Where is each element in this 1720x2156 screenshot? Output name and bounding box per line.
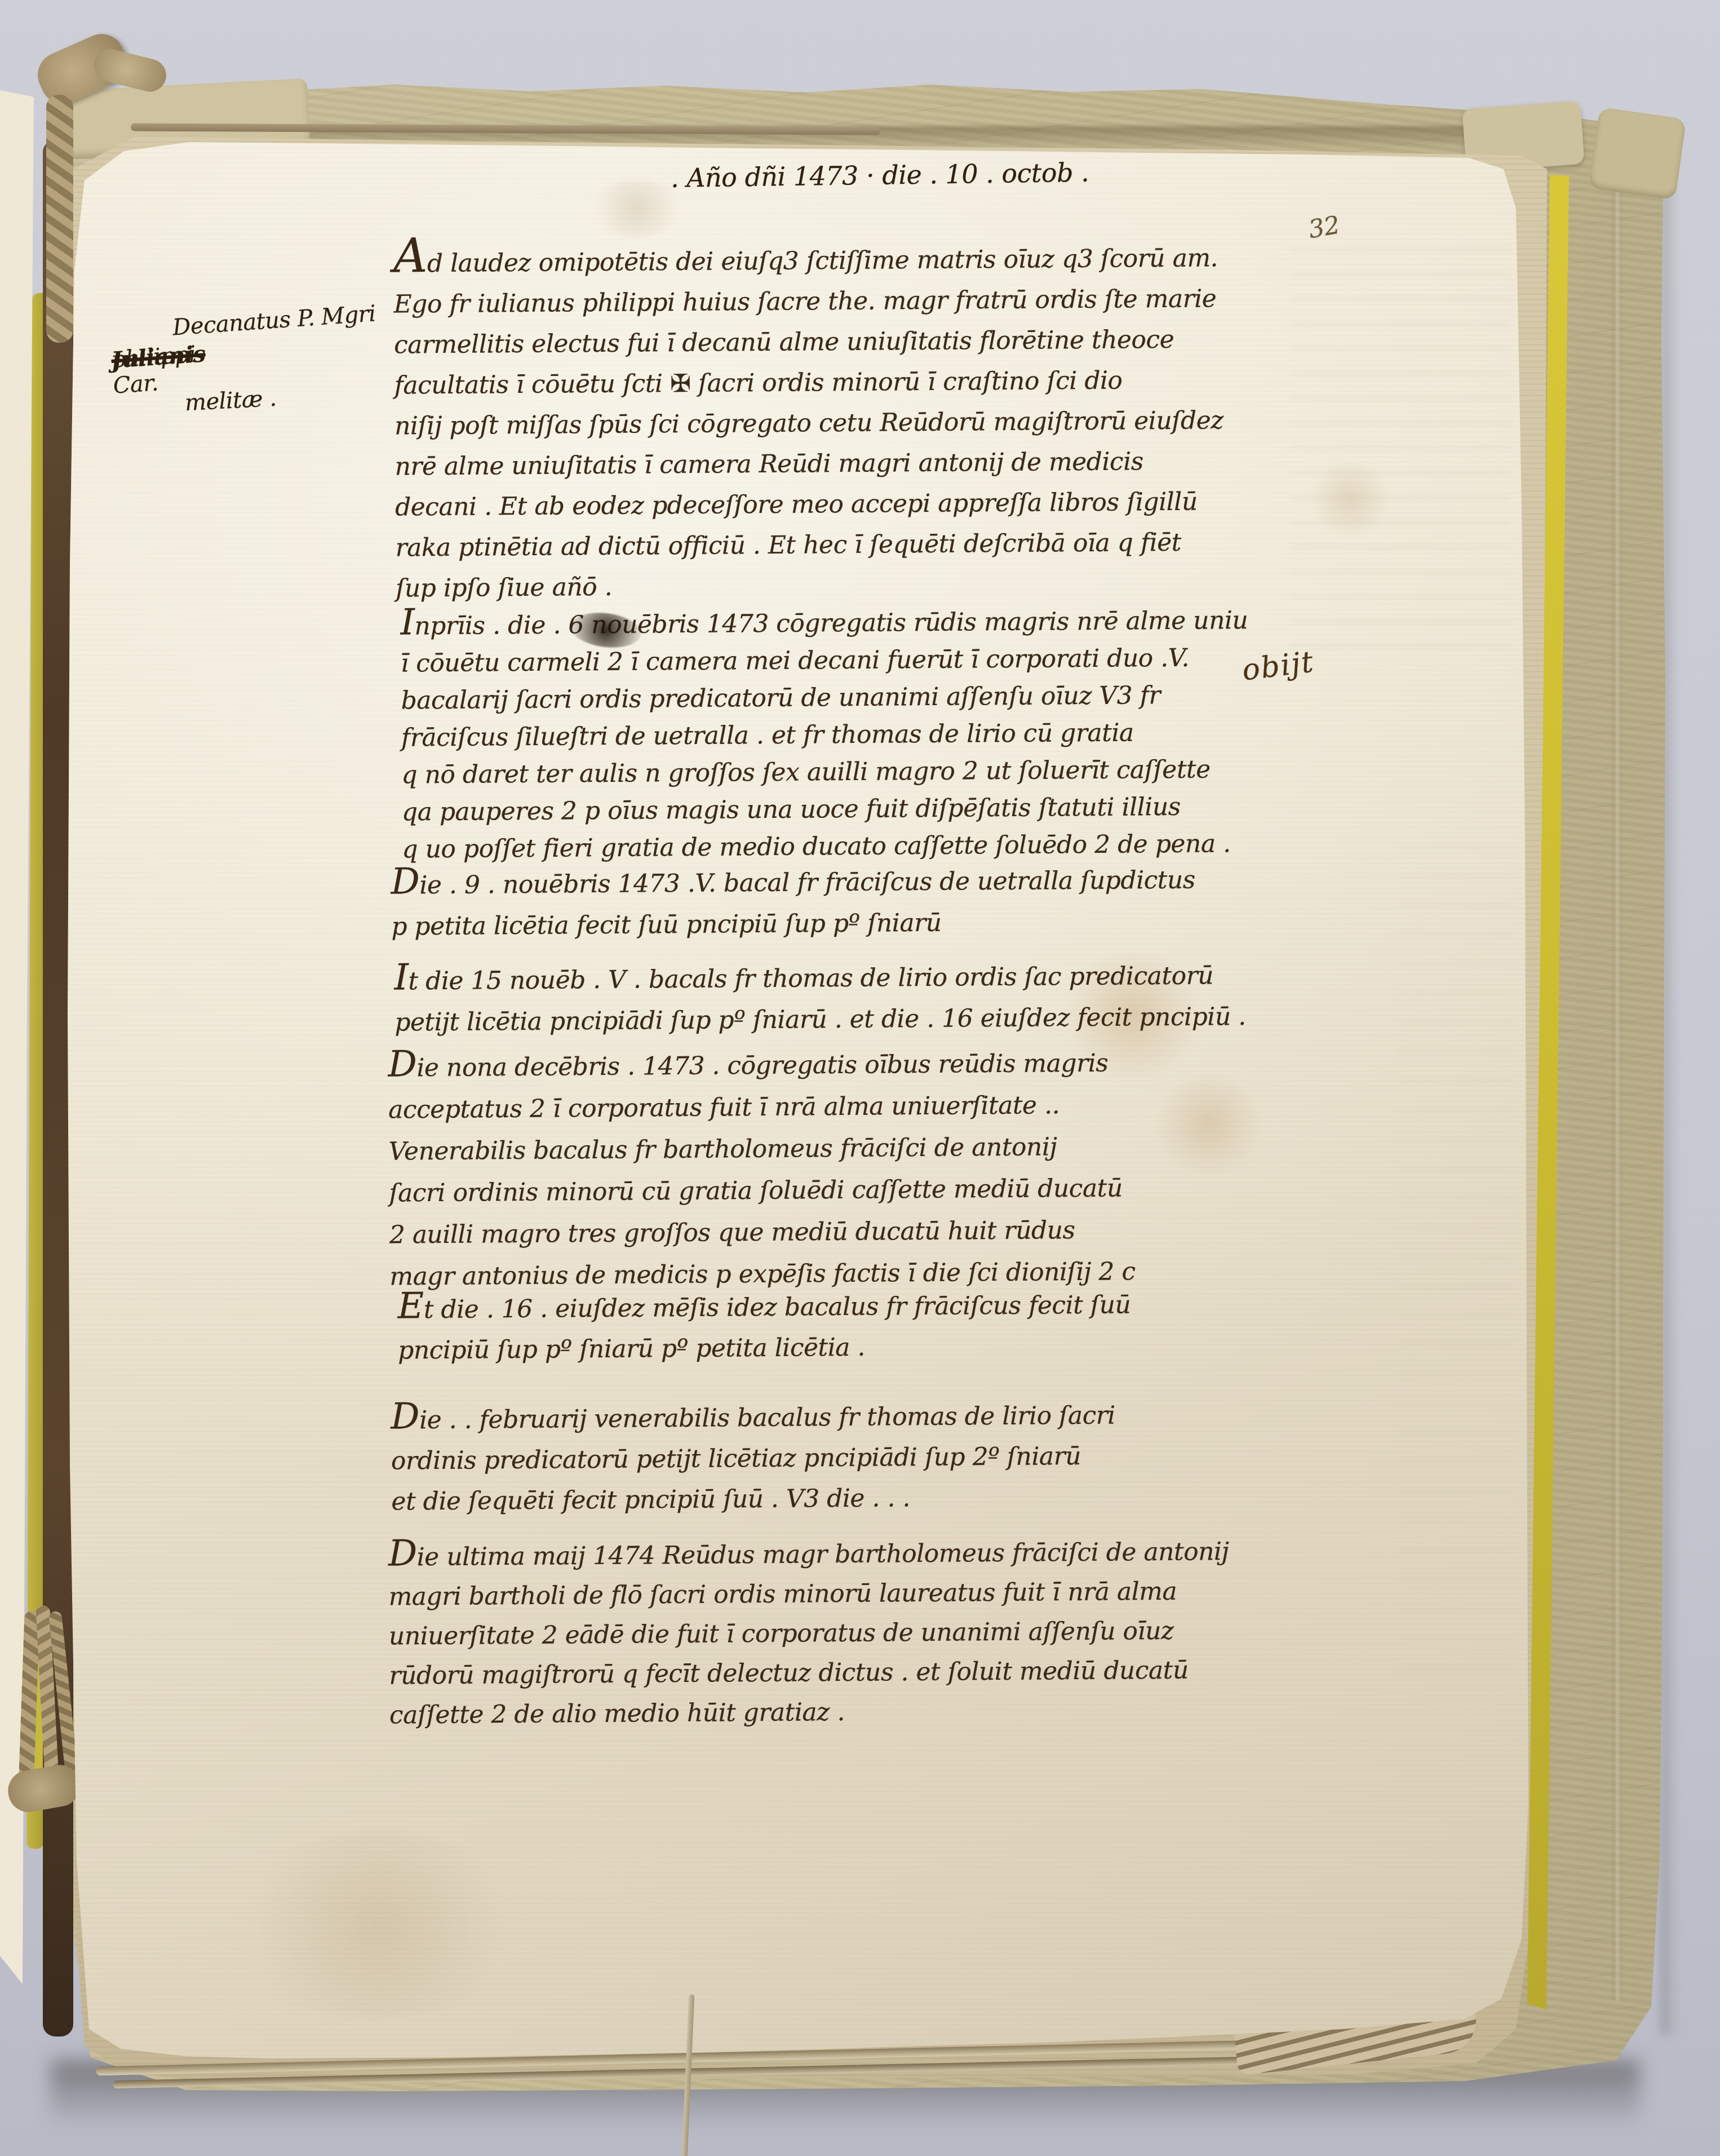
sewing-cord-spine-top: [46, 95, 73, 343]
paragraph-incipit: Ad laudez omipotētis dei eiuſq3 ſctiſſim…: [393, 232, 1456, 609]
paragraph-die-ultima-maii: Die ultima maij 1474 Reūdus magr barthol…: [388, 1530, 1449, 1735]
margin-note-left-line3: melitæ .: [184, 386, 277, 416]
paper-stain: [225, 1832, 530, 2018]
manuscript-photo: . Año dñi 1473 · die . 10 . octob . 32 D…: [0, 0, 1720, 2156]
cover-fold-crease: [1613, 141, 1621, 2001]
paragraph-die-nona-decembris: Die nona decēbris . 1473 . cōgregatis oī…: [388, 1040, 1449, 1298]
paragraph-die-9-novembris: Die . 9 . nouēbris 1473 .V. bacal fr frā…: [391, 857, 1451, 947]
cover-corner-fold-top-right-outer: [1589, 107, 1687, 200]
paragraph-die-15-novembris: It die 15 nouēb . V . bacals fr thomas d…: [394, 953, 1455, 1043]
paragraph-inprimis: Inprīis . die . 6 nouēbris 1473 cōgregat…: [400, 600, 1461, 868]
paragraph-et-die-16: Et die . 16 . eiuſdez mēſis idez bacalus…: [398, 1282, 1458, 1371]
paragraph-die-februarii: Die . . februarij venerabilis bacalus fr…: [391, 1393, 1451, 1522]
